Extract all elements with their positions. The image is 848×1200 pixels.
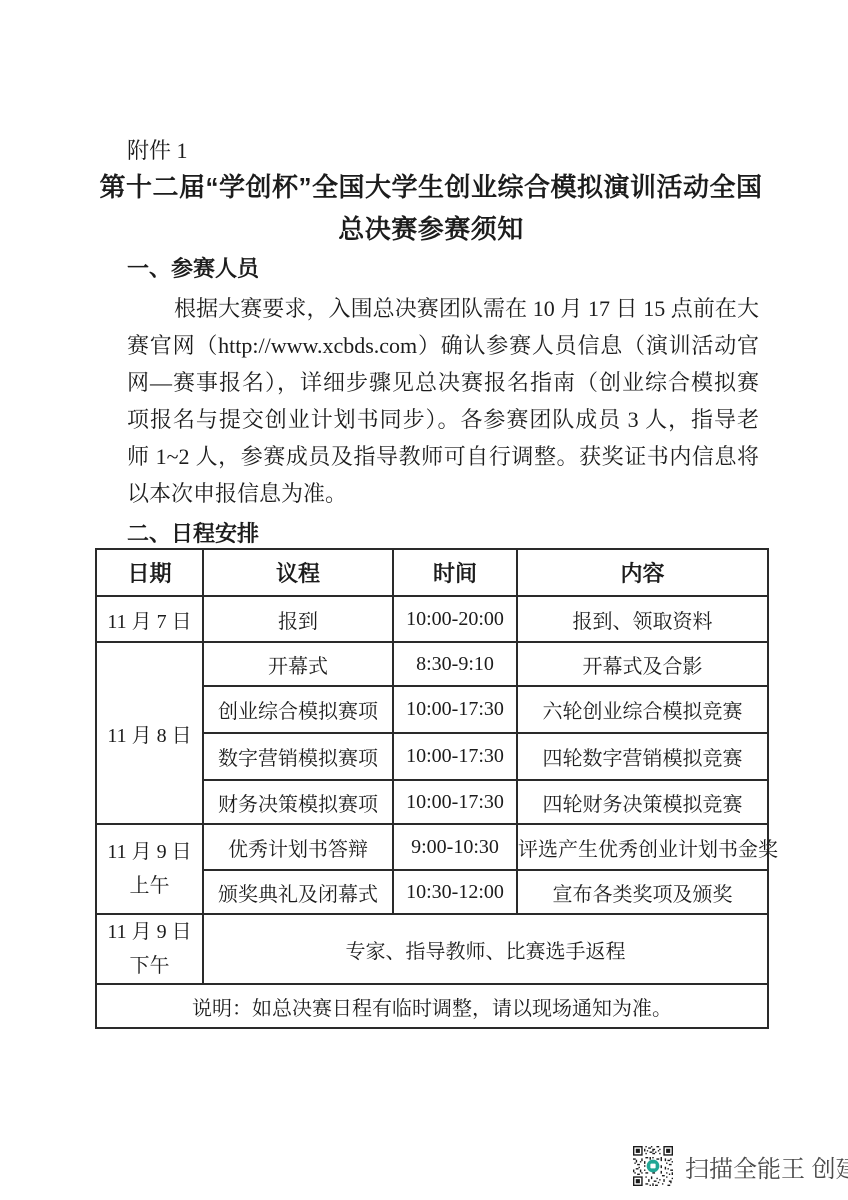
date-line: 11 月 9 日: [97, 835, 202, 869]
paragraph-line: 根据大赛要求，入围总决赛团队需在 10 月 17 日 15 点前在大: [127, 290, 759, 327]
cell-agenda: 财务决策模拟赛项: [203, 780, 393, 824]
participants-section-heading: 一、参赛人员: [127, 255, 767, 283]
watermark-text: 扫描全能王 创建: [685, 1149, 848, 1184]
cell-agenda: 报到: [203, 596, 393, 642]
document-title-line2: 总决赛参赛须知: [95, 208, 767, 250]
date-line: 下午: [97, 949, 202, 983]
attachment-label: 附件 1: [127, 138, 767, 164]
document-content: 附件 1 第十二届“学创杯”全国大学生创业综合模拟演训活动全国 总决赛参赛须知 …: [95, 138, 767, 1029]
cell-agenda: 创业综合模拟赛项: [203, 686, 393, 733]
cell-agenda: 颁奖典礼及闭幕式: [203, 870, 393, 914]
table-header-row: 日期 议程 时间 内容: [96, 549, 768, 596]
schedule-table: 日期 议程 时间 内容 11 月 7 日 报到 10:00-20:00 报到、领…: [95, 548, 769, 1029]
cell-date: 11 月 9 日 上午: [96, 824, 203, 914]
header-time: 时间: [393, 549, 517, 596]
table-row: 11 月 9 日 下午 专家、指导教师、比赛选手返程: [96, 914, 768, 984]
document-page: 附件 1 第十二届“学创杯”全国大学生创业综合模拟演训活动全国 总决赛参赛须知 …: [0, 0, 848, 1200]
cell-content: 开幕式及合影: [517, 642, 768, 686]
header-date: 日期: [96, 549, 203, 596]
cell-time: 10:00-17:30: [393, 780, 517, 824]
cell-agenda: 数字营销模拟赛项: [203, 733, 393, 780]
paragraph-line: 赛官网（http://www.xcbds.com）确认参赛人员信息（演训活动官: [127, 327, 759, 364]
document-title-line1: 第十二届“学创杯”全国大学生创业综合模拟演训活动全国: [95, 166, 767, 208]
cell-content: 评选产生优秀创业计划书金奖: [517, 824, 768, 870]
cell-agenda: 开幕式: [203, 642, 393, 686]
document-title: 第十二届“学创杯”全国大学生创业综合模拟演训活动全国 总决赛参赛须知: [95, 166, 767, 250]
header-agenda: 议程: [203, 549, 393, 596]
qr-code-icon: [633, 1146, 673, 1186]
scanner-watermark: 扫描全能王 创建: [633, 1146, 848, 1186]
cell-agenda: 优秀计划书答辩: [203, 824, 393, 870]
cell-date: 11 月 9 日 下午: [96, 914, 203, 984]
cell-time: 9:00-10:30: [393, 824, 517, 870]
paragraph-line: 以本次申报信息为准。: [127, 475, 759, 512]
cell-content: 四轮数字营销模拟竞赛: [517, 733, 768, 780]
cell-time: 10:30-12:00: [393, 870, 517, 914]
cell-content: 报到、领取资料: [517, 596, 768, 642]
participants-paragraph: 根据大赛要求，入围总决赛团队需在 10 月 17 日 15 点前在大 赛官网（h…: [127, 290, 759, 512]
cell-content: 专家、指导教师、比赛选手返程: [203, 914, 768, 984]
header-content: 内容: [517, 549, 768, 596]
table-row: 11 月 9 日 上午 优秀计划书答辩 9:00-10:30 评选产生优秀创业计…: [96, 824, 768, 870]
cell-content: 四轮财务决策模拟竞赛: [517, 780, 768, 824]
cell-content: 宣布各类奖项及颁奖: [517, 870, 768, 914]
date-line: 11 月 9 日: [97, 915, 202, 949]
paragraph-line: 师 1~2 人，参赛成员及指导教师可自行调整。获奖证书内信息将: [127, 438, 759, 475]
cell-date: 11 月 8 日: [96, 642, 203, 824]
date-line: 上午: [97, 869, 202, 903]
cell-time: 10:00-20:00: [393, 596, 517, 642]
table-row: 11 月 7 日 报到 10:00-20:00 报到、领取资料: [96, 596, 768, 642]
table-note: 说明：如总决赛日程有临时调整，请以现场通知为准。: [96, 984, 768, 1028]
cell-time: 10:00-17:30: [393, 733, 517, 780]
paragraph-line: 项报名与提交创业计划书同步）。各参赛团队成员 3 人，指导老: [127, 401, 759, 438]
cell-date: 11 月 7 日: [96, 596, 203, 642]
schedule-section-heading: 二、日程安排: [127, 520, 767, 548]
table-row: 11 月 8 日 开幕式 8:30-9:10 开幕式及合影: [96, 642, 768, 686]
table-note-row: 说明：如总决赛日程有临时调整，请以现场通知为准。: [96, 984, 768, 1028]
paragraph-line: 网—赛事报名），详细步骤见总决赛报名指南（创业综合模拟赛: [127, 364, 759, 401]
cell-content: 六轮创业综合模拟竞赛: [517, 686, 768, 733]
cell-time: 10:00-17:30: [393, 686, 517, 733]
cell-time: 8:30-9:10: [393, 642, 517, 686]
